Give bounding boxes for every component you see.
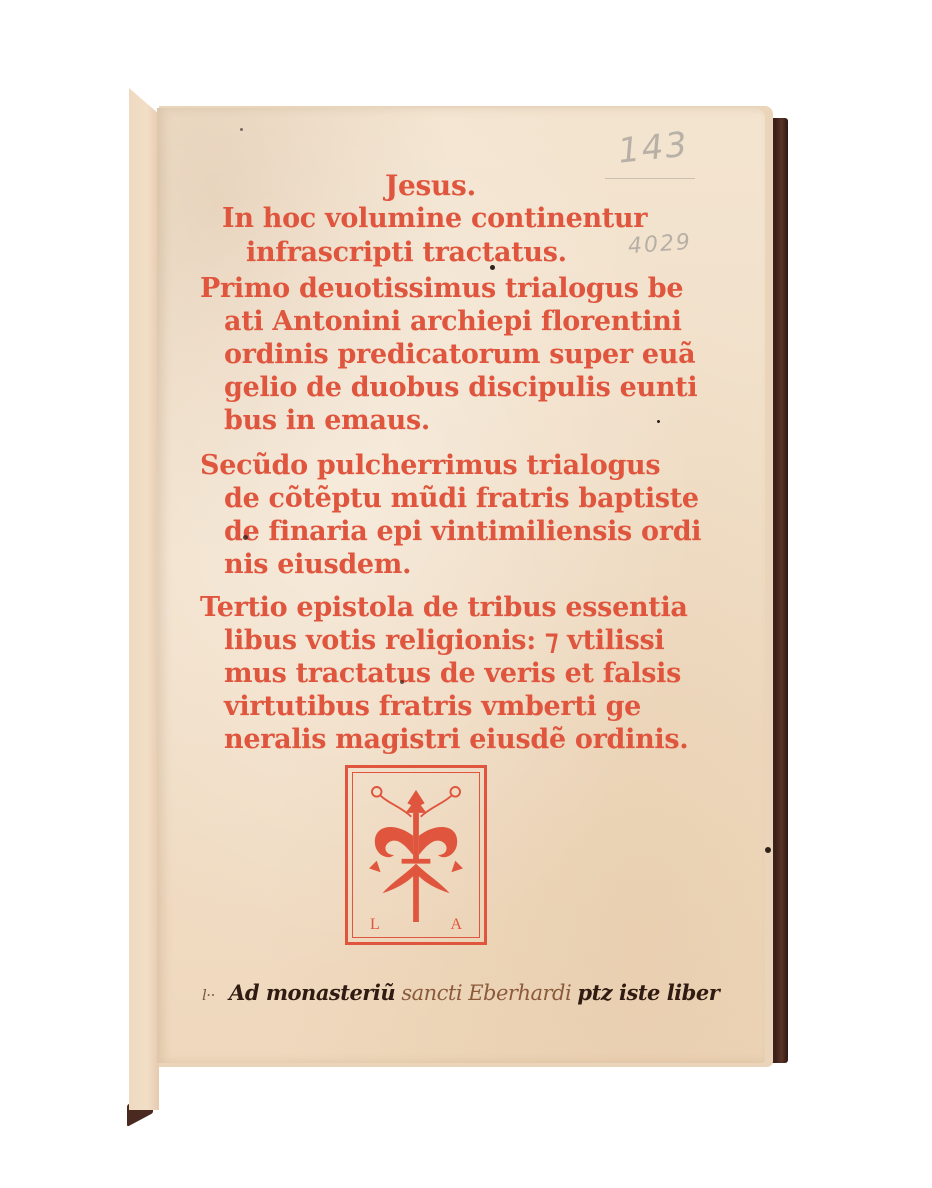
- foxing-spot: [657, 420, 660, 423]
- foxing-spot: [765, 847, 771, 853]
- text-line: libus votis religionis: ⁊ vtilissi: [224, 625, 664, 657]
- text-line: Tertio epistola de tribus essentia: [200, 592, 688, 624]
- text-line: ordinis predicatorum super euã: [224, 339, 695, 371]
- inscription-lead: l··: [202, 986, 215, 1004]
- text-line: infrascripti tractatus.: [246, 237, 567, 269]
- book-photo: 143 4029 Jesus. In hoc volumine continen…: [0, 0, 932, 1188]
- text-line: virtutibus fratris vmberti ge: [224, 691, 641, 723]
- text-line: In hoc volumine continentur: [222, 203, 647, 235]
- inscription-part-2: sancti Eberhardi: [401, 981, 571, 1005]
- title-text-block: Jesus. In hoc volumine continentur infra…: [0, 0, 932, 1188]
- foxing-spot: [400, 680, 404, 684]
- device-initial-right: A: [450, 916, 462, 934]
- printers-device: L A: [345, 765, 487, 945]
- text-line: neralis magistri eiusdẽ ordinis.: [224, 724, 688, 756]
- text-line: bus in emaus.: [224, 405, 430, 437]
- text-line: ati Antonini archiepi florentini: [224, 306, 682, 338]
- device-initial-left: L: [370, 916, 380, 934]
- heading: Jesus.: [385, 170, 476, 202]
- manuscript-ownership-inscription: l·· Ad monasteriũ sancti Eberhardi ptz i…: [202, 980, 719, 1005]
- foxing-spot: [243, 535, 248, 540]
- inscription-part-3: ptz iste liber: [577, 980, 719, 1005]
- text-line: Primo deuotissimus trialogus be: [200, 273, 683, 305]
- text-line: de cõtẽptu mũdi fratris baptiste: [224, 483, 699, 515]
- text-line: de finaria epi vintimiliensis ordi: [224, 516, 701, 548]
- text-line: nis eiusdem.: [224, 549, 411, 581]
- foxing-spot: [240, 128, 243, 131]
- text-line: gelio de duobus discipulis eunti: [224, 372, 697, 404]
- text-line: mus tractatus de veris et falsis: [224, 658, 681, 690]
- inscription-part-1: Ad monasteriũ: [229, 980, 395, 1005]
- text-line: Secũdo pulcherrimus trialogus: [200, 450, 660, 482]
- fleur-de-lis-icon: [348, 768, 484, 942]
- foxing-spot: [490, 265, 495, 270]
